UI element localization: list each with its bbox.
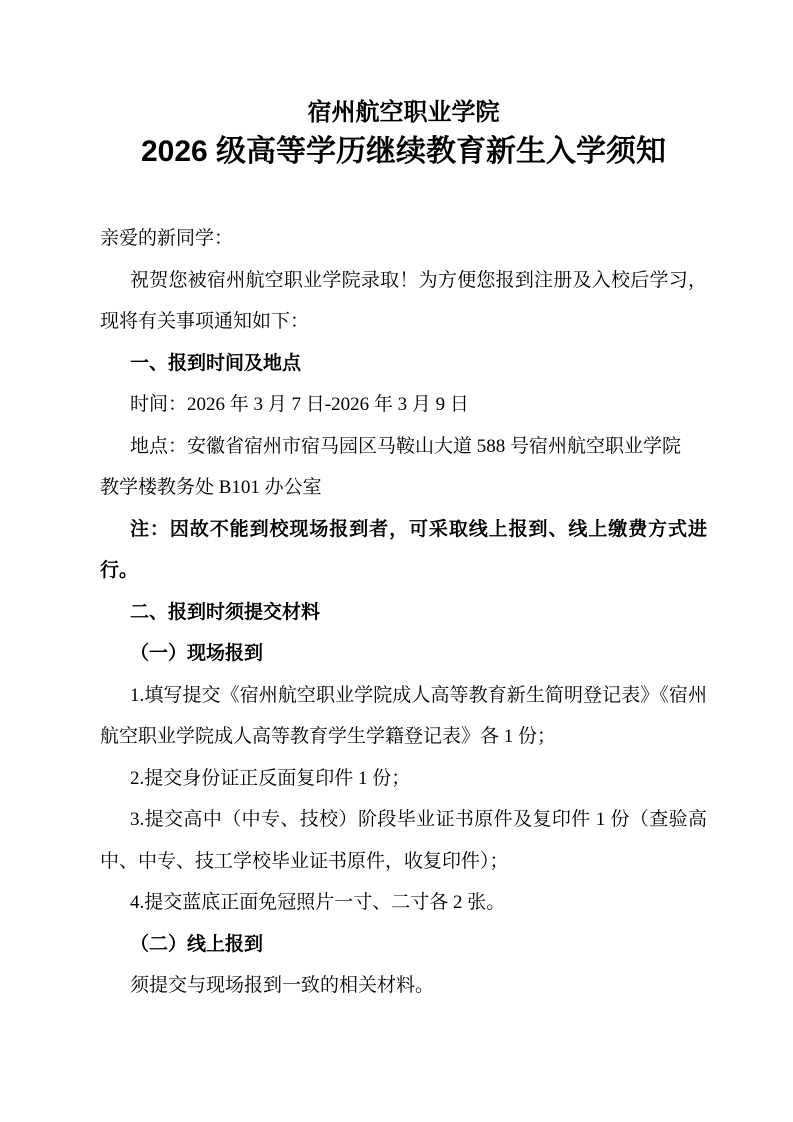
document-page: 宿州航空职业学院 2026 级高等学历继续教育新生入学须知 亲爱的新同学： 祝贺…	[0, 0, 793, 1122]
online-materials-line: 须提交与现场报到一致的相关材料。	[100, 965, 707, 1007]
subsection-online-heading: （二）线上报到	[100, 924, 707, 966]
subsection-onsite-heading: （一）现场报到	[100, 633, 707, 675]
onsite-item-2: 2.提交身份证正反面复印件 1 份；	[100, 758, 707, 800]
salutation: 亲爱的新同学：	[100, 218, 707, 260]
note-line: 注：因故不能到校现场报到者，可采取线上报到、线上缴费方式进行。	[100, 509, 707, 592]
section-1-heading: 一、报到时间及地点	[100, 343, 707, 385]
notice-title: 2026 级高等学历继续教育新生入学须知	[100, 130, 707, 174]
report-location-line: 地点：安徽省宿州市宿马园区马鞍山大道 588 号宿州航空职业学院	[100, 426, 707, 468]
report-time-line: 时间：2026 年 3 月 7 日-2026 年 3 月 9 日	[100, 384, 707, 426]
section-2-heading: 二、报到时须提交材料	[100, 592, 707, 634]
onsite-item-3: 3.提交高中（中专、技校）阶段毕业证书原件及复印件 1 份（查验高中、中专、技工…	[100, 799, 707, 882]
intro-paragraph: 祝贺您被宿州航空职业学院录取！为方便您报到注册及入校后学习，现将有关事项通知如下…	[100, 260, 707, 343]
document-body: 亲爱的新同学： 祝贺您被宿州航空职业学院录取！为方便您报到注册及入校后学习，现将…	[100, 218, 707, 1007]
report-location-line-2: 教学楼教务处 B101 办公室	[100, 467, 707, 509]
onsite-item-4: 4.提交蓝底正面免冠照片一寸、二寸各 2 张。	[100, 882, 707, 924]
title-block: 宿州航空职业学院 2026 级高等学历继续教育新生入学须知	[100, 96, 707, 174]
school-name: 宿州航空职业学院	[100, 96, 707, 130]
onsite-item-1: 1.填写提交《宿州航空职业学院成人高等教育新生简明登记表》《宿州航空职业学院成人…	[100, 675, 707, 758]
